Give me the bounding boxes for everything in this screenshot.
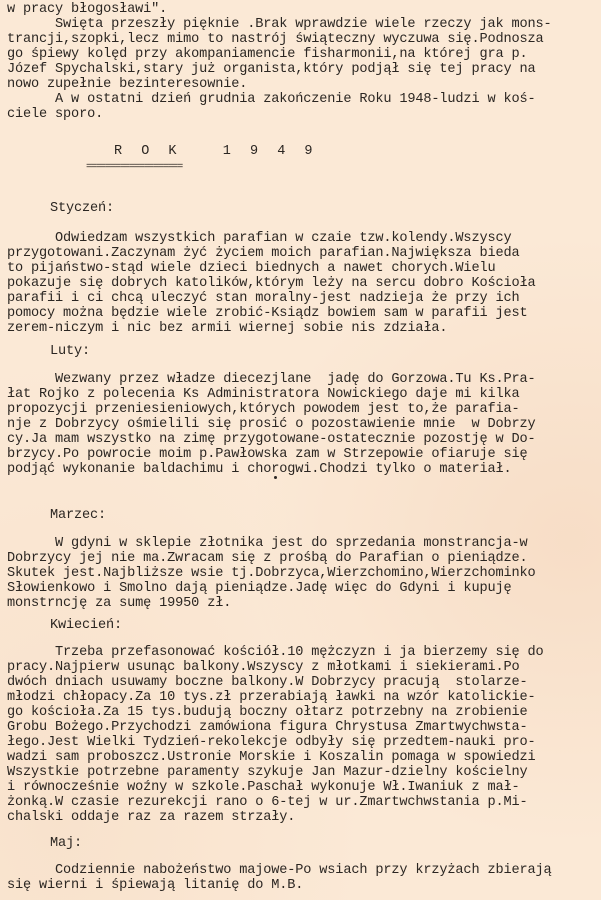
year-title: R O K 1 9 4 9 [114,144,318,159]
section-line: Odwiedzam wszystkich parafian w czaie tz… [7,231,511,246]
section-line: przygotowani.Zaczynam żyć życiem moich p… [7,246,520,261]
typewritten-page: w pracy błogosławi". Swięta przeszły pię… [0,0,601,900]
section-line: W gdyni w sklepie złotnika jest do sprze… [7,536,528,551]
section-line: nje z Dobrzycy ośmielili się prosić o po… [7,417,536,432]
intro-line: w pracy błogosławi". [7,2,167,17]
section-line: dwóch dniach usuwamy boczne balkony.W Do… [7,675,528,690]
section-line: Skutek jest.Najbliższe wsie tj.Dobrzyca,… [7,566,536,581]
section-line: Dobrzycy jej nie ma.Zwracam się z prośbą… [7,551,528,566]
intro-line: nowo zupełnie bezinteresownie. [7,77,247,92]
section-heading-may: Maj: [50,836,82,851]
section-line: Grobu Bożego.Przychodzi zamówiona figura… [7,720,528,735]
intro-line: Swięta przeszły pięknie .Brak wprawdzie … [7,17,552,32]
section-heading-february: Luty: [50,344,90,359]
section-heading-january: Styczeń: [50,201,114,216]
section-heading-april: Kwiecień: [50,618,122,633]
section-line: wadzi sam proboszcz.Ustronie Morskie i K… [7,750,536,765]
section-line: cy.Ja mam wszystko na zimę przygotowane-… [7,432,536,447]
section-line: podjąć wykonanie baldachimu i chorogwi.C… [7,462,511,477]
section-line: go kościoła.Za 15 tys.budują boczny ołta… [7,705,528,720]
intro-line: go śpiewy kolęd przy akompaniamencie fis… [7,47,528,62]
section-line: monstrncję za sumę 19950 zł. [7,596,231,611]
section-line: brzycy.Po powrocie moim p.Pawłowska zam … [7,447,528,462]
section-line: pracy.Najpierw usunąc balkony.Wszyscy z … [7,660,520,675]
section-line: parafii i ci chcą uleczyć stan moralny-j… [7,291,520,306]
section-line: pomocy można będzie wiele zrobić-Ksiądz … [7,306,528,321]
section-line: Słowienkowo i Smolno dają pieniądze.Jadę… [7,581,511,596]
section-line: zerem-niczym i nic bez armii wiernej sob… [7,321,447,336]
ink-dot [274,476,277,479]
intro-line: Józef Spychalski,stary już organista,któ… [7,62,536,77]
section-heading-march: Marzec: [50,508,106,523]
section-line: Wezwany przez władze diecezjlane jadę do… [7,372,536,387]
intro-line: trancji,szopki,lecz mimo to nastrój świą… [7,32,544,47]
section-line: się wierni i śpiewają litanię do M.B. [7,878,303,893]
section-line: żonką.W czasie rezurekcji rano o 6-tej w… [7,795,528,810]
section-line: to pijaństwo-stąd wiele dzieci biednych … [7,261,495,276]
section-line: Trzeba przefasonować kościół.10 mężczyzn… [7,645,544,660]
section-line: Wszystkie potrzebne paramenty szykuje Ja… [7,765,528,780]
section-line: i równocześnie woźny w szkole.Paschał wy… [7,780,520,795]
section-line: pokazuje się dobrych katolików,którym le… [7,276,536,291]
intro-line: ciele sporo. [7,107,103,122]
section-line: chalski oddaje raz za razem strzały. [7,810,295,825]
section-line: łat Rojko z polecenia Ks Administratora … [7,387,520,402]
section-line: propozycji przeniesieniowych,których pow… [7,402,520,417]
intro-line: A w ostatni dzień grudnia zakończenie Ro… [7,92,536,107]
year-title-underline: ==================== [86,162,182,173]
section-line: młodzi chłopacy.Za 10 tys.zł przerabiają… [7,690,536,705]
section-line: Codziennie nabożeństwo majowe-Po wsiach … [7,863,552,878]
section-line: łego.Jest Wielki Tydzień-rekolekcje odby… [7,735,536,750]
